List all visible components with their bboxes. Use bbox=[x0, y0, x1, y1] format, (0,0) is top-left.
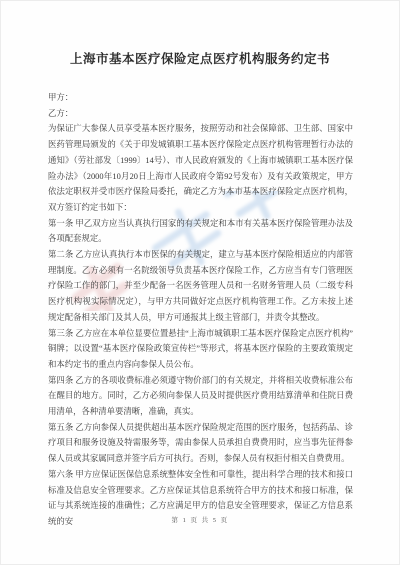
document-page: 上海市基本医疗保险定点医疗机构服务约定书 甲方： 乙方： 为保证广大参保人员享受… bbox=[0, 0, 400, 565]
page-number-footer: 第 1 页 共 5 页 bbox=[1, 515, 399, 524]
document-body: 甲方： 乙方： 为保证广大参保人员享受基本医疗服务，按照劳动和社会保障部、卫生部… bbox=[48, 90, 353, 530]
paragraph: 第五条 乙方向参保人员提供超出基本医疗保险规定范围的医疗服务，包括药品、诊疗项目… bbox=[48, 420, 353, 467]
document-title: 上海市基本医疗保险定点医疗机构服务约定书 bbox=[48, 51, 352, 67]
paragraph: 第一条 甲乙双方应当认真执行国家的有关规定和本市有关基本医疗保险管理办法及各项配… bbox=[48, 216, 353, 247]
party-a-line: 甲方： bbox=[48, 90, 353, 106]
paragraph: 第三条 乙方应在本单位显要位置悬挂“上海市城镇职工基本医疗保险定点医疗机构”铜牌… bbox=[48, 326, 353, 373]
paragraph: 第二条 乙方应认真执行本市医保的有关规定，建立与基本医疗保险相适应的内部管理制度… bbox=[48, 247, 353, 326]
paragraph: 为保证广大参保人员享受基本医疗服务，按照劳动和社会保障部、卫生部、国家中医药管理… bbox=[48, 121, 353, 215]
paragraph: 第四条 乙方的各项收费标准必须遵守物价部门的有关规定，并将相关收费标准公布在醒目… bbox=[48, 373, 353, 420]
paragraphs: 为保证广大参保人员享受基本医疗服务，按照劳动和社会保障部、卫生部、国家中医药管理… bbox=[48, 121, 353, 529]
party-b-line: 乙方： bbox=[48, 106, 353, 122]
